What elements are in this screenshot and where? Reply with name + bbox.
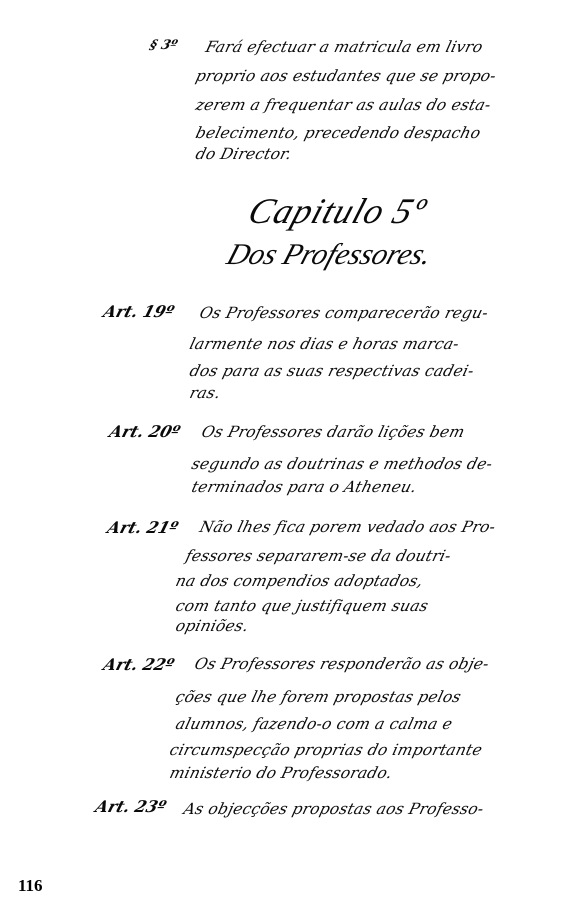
- text-line: segundo as doutrinas e methodos de-: [190, 455, 495, 473]
- text-line: terminados para o Atheneu.: [190, 478, 419, 496]
- text-line: As objecções propostas aos Professo-: [182, 800, 486, 818]
- article-label: Art. 20º: [107, 422, 182, 441]
- text-line: ministerio do Professorado.: [168, 764, 395, 782]
- paragraph-label: § 3º: [148, 38, 179, 53]
- chapter-title: Capitulo 5º: [243, 190, 432, 232]
- text-line: Os Professores darão lições bem: [200, 423, 467, 441]
- text-line: ras.: [188, 384, 223, 402]
- text-line: dos para as suas respectivas cadei-: [188, 362, 476, 380]
- article-label: Art. 21º: [105, 518, 180, 537]
- text-line: proprio aos estudantes que se propo-: [194, 67, 498, 85]
- text-line: opiniões.: [174, 617, 251, 635]
- chapter-subtitle: Dos Professores.: [222, 238, 436, 272]
- text-line: com tanto que justifiquem suas: [174, 597, 431, 615]
- text-line: circumspecção proprias do importante: [168, 741, 484, 759]
- text-line: Fará efectuar a matricula em livro: [204, 38, 485, 56]
- text-line: belecimento, precedendo despacho: [194, 124, 483, 142]
- text-line: Os Professores responderão as obje-: [193, 655, 491, 673]
- article-label: Art. 22º: [101, 655, 176, 674]
- text-line: na dos compendios adoptados,: [174, 572, 425, 590]
- page-number: 116: [18, 876, 43, 896]
- article-label: Art. 23º: [93, 797, 168, 816]
- text-line: zerem a frequentar as aulas do esta-: [194, 96, 493, 114]
- text-line: Não lhes fica porem vedado aos Pro-: [198, 518, 498, 536]
- text-line: Os Professores comparecerão regu-: [198, 304, 490, 322]
- text-line: do Director.: [194, 145, 294, 163]
- text-line: larmente nos dias e horas marca-: [188, 335, 461, 353]
- text-line: fessores separarem-se da doutri-: [184, 547, 453, 565]
- text-line: ções que lhe forem propostas pelos: [174, 688, 463, 706]
- text-line: alumnos, fazendo-o com a calma e: [174, 715, 455, 733]
- article-label: Art. 19º: [101, 302, 176, 321]
- manuscript-page: § 3º Fará efectuar a matricula em livro …: [0, 0, 587, 911]
